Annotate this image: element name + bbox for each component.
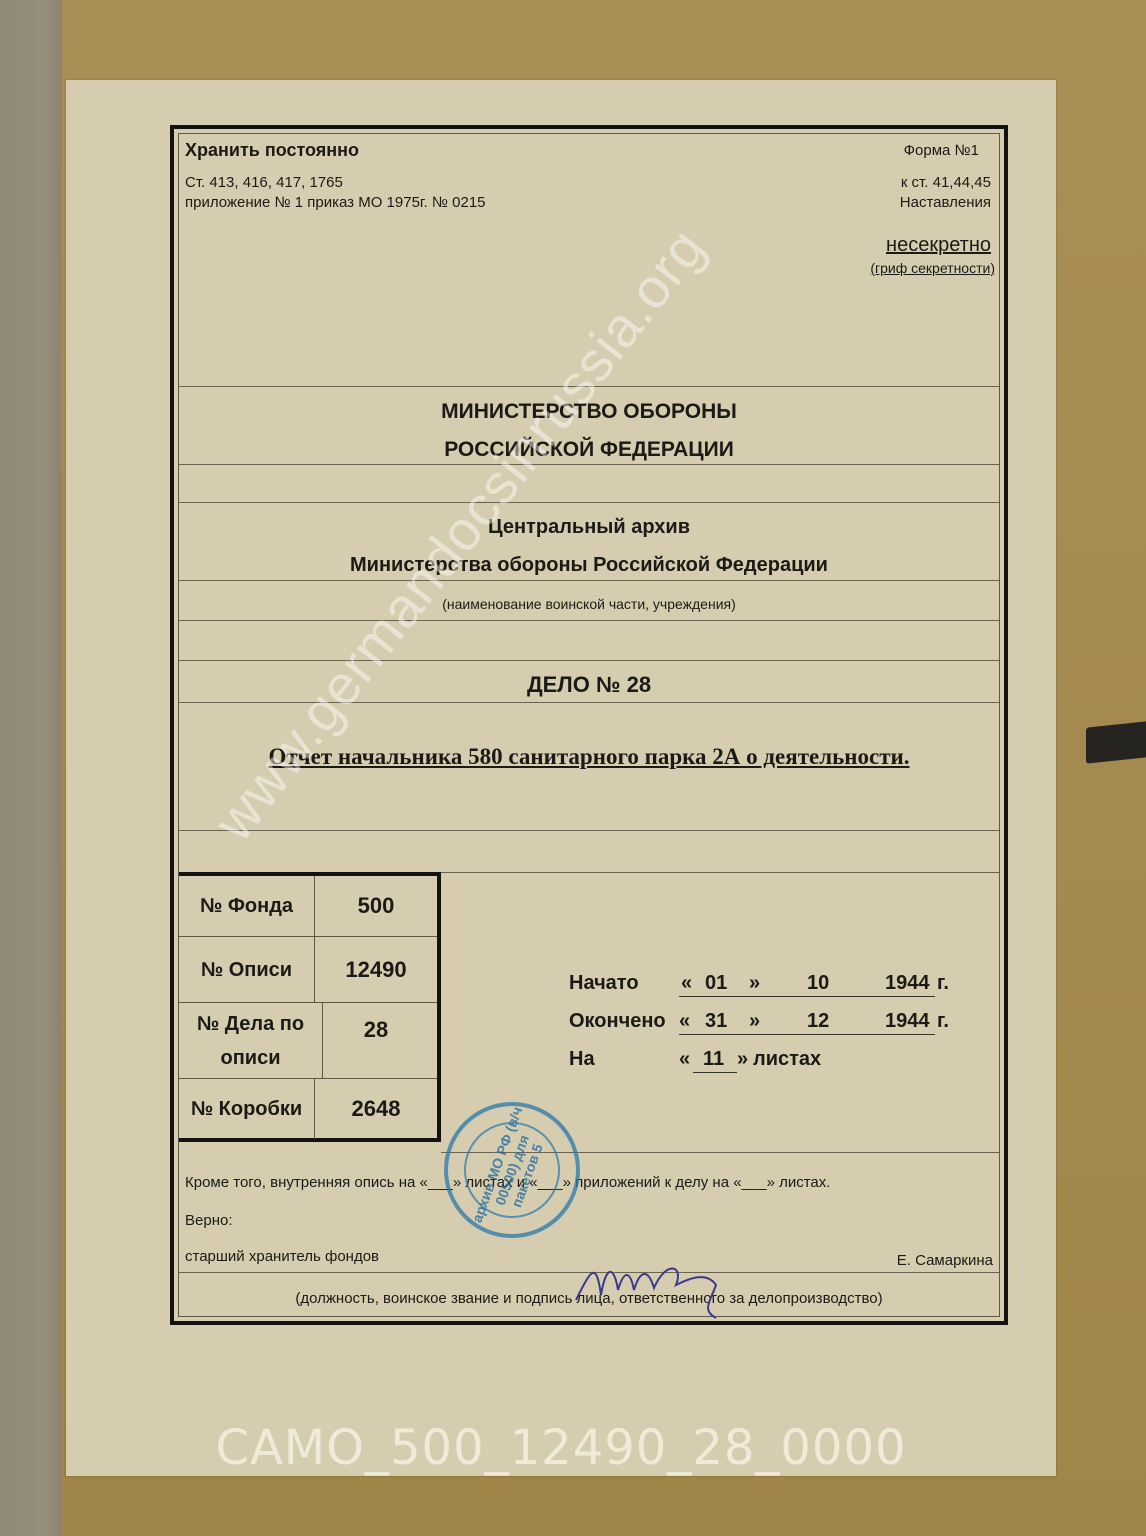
form-number: Форма №1 bbox=[904, 142, 979, 159]
order-text: приложение № 1 приказ МО 1975г. № 0215 bbox=[185, 194, 486, 211]
form-source: Наставления bbox=[900, 194, 991, 211]
verified-label: Верно: bbox=[185, 1212, 232, 1229]
started-year: 1944 bbox=[885, 972, 930, 995]
divider bbox=[179, 464, 999, 465]
ended-month: 12 bbox=[807, 1010, 829, 1033]
quote-open: « bbox=[681, 972, 692, 995]
divider bbox=[179, 660, 999, 661]
keeper-name: Е. Самаркина bbox=[897, 1252, 993, 1269]
table-row: № Дела по описи 28 bbox=[179, 1003, 437, 1079]
sheets-count: 11 bbox=[703, 1048, 724, 1071]
table-row: № Фонда 500 bbox=[179, 876, 437, 937]
ministry-line-2: РОССИЙСКОЙ ФЕДЕРАЦИИ bbox=[179, 438, 999, 462]
form-articles: к ст. 41,44,45 bbox=[901, 174, 991, 191]
quote-close: » bbox=[749, 972, 760, 995]
secrecy-caption: (гриф секретности) bbox=[870, 260, 995, 276]
inventory-value: 12490 bbox=[315, 937, 437, 1002]
divider bbox=[179, 620, 999, 621]
sheets-label: На bbox=[569, 1048, 595, 1071]
institution-caption: (наименование воинской части, учреждения… bbox=[179, 596, 999, 612]
ended-year: 1944 bbox=[885, 1010, 930, 1033]
quote-close: » bbox=[749, 1010, 760, 1033]
year-suffix: г. bbox=[937, 972, 949, 995]
year-suffix: г. bbox=[937, 1010, 949, 1033]
folder-tie bbox=[1086, 720, 1146, 763]
quote-open: « bbox=[679, 1010, 690, 1033]
divider bbox=[179, 502, 999, 503]
table-row: № Коробки 2648 bbox=[179, 1079, 437, 1139]
underline bbox=[693, 1072, 737, 1073]
keeper-position: старший хранитель фондов bbox=[185, 1248, 379, 1265]
box-value: 2648 bbox=[315, 1079, 437, 1139]
case-value: 28 bbox=[315, 1003, 437, 1078]
started-label: Начато bbox=[569, 972, 639, 995]
institution-line-2: Министерства обороны Российской Федераци… bbox=[179, 554, 999, 577]
secrecy-label: несекретно bbox=[886, 234, 991, 257]
archive-stamp: архив МО РФ (в/ч 00500) для пакетов 5 bbox=[444, 1102, 580, 1238]
underline bbox=[679, 1034, 935, 1035]
box-label: № Коробки bbox=[179, 1079, 315, 1139]
fond-value: 500 bbox=[315, 876, 437, 936]
quote-open: « bbox=[679, 1048, 690, 1071]
file-id: CAMO_500_12490_28_0000 bbox=[66, 1420, 1056, 1476]
divider bbox=[179, 580, 999, 581]
ended-label: Окончено bbox=[569, 1010, 666, 1033]
table-row: № Описи 12490 bbox=[179, 937, 437, 1003]
retention-label: Хранить постоянно bbox=[185, 140, 359, 161]
underline bbox=[679, 996, 935, 997]
date-range: Начато « 01 » 10 1944 г. Окончено « 31 »… bbox=[569, 972, 989, 1082]
sheets-suffix: листах bbox=[753, 1048, 821, 1071]
signature-icon bbox=[566, 1240, 736, 1320]
articles-text: Ст. 413, 416, 417, 1765 bbox=[185, 174, 343, 191]
fond-label: № Фонда bbox=[179, 876, 315, 936]
case-label: № Дела по описи bbox=[179, 1003, 323, 1078]
inventory-label: № Описи bbox=[179, 937, 315, 1002]
archive-reference-table: № Фонда 500 № Описи 12490 № Дела по опис… bbox=[179, 872, 441, 1142]
divider bbox=[179, 830, 999, 831]
cover-sheet: Хранить постоянно Ст. 413, 416, 417, 176… bbox=[66, 80, 1056, 1476]
started-day: 01 bbox=[705, 972, 727, 995]
institution-line-1: Центральный архив bbox=[179, 516, 999, 539]
quote-close: » bbox=[737, 1048, 748, 1071]
scanner-edge bbox=[0, 0, 62, 1536]
started-month: 10 bbox=[807, 972, 829, 995]
ended-day: 31 bbox=[705, 1010, 727, 1033]
